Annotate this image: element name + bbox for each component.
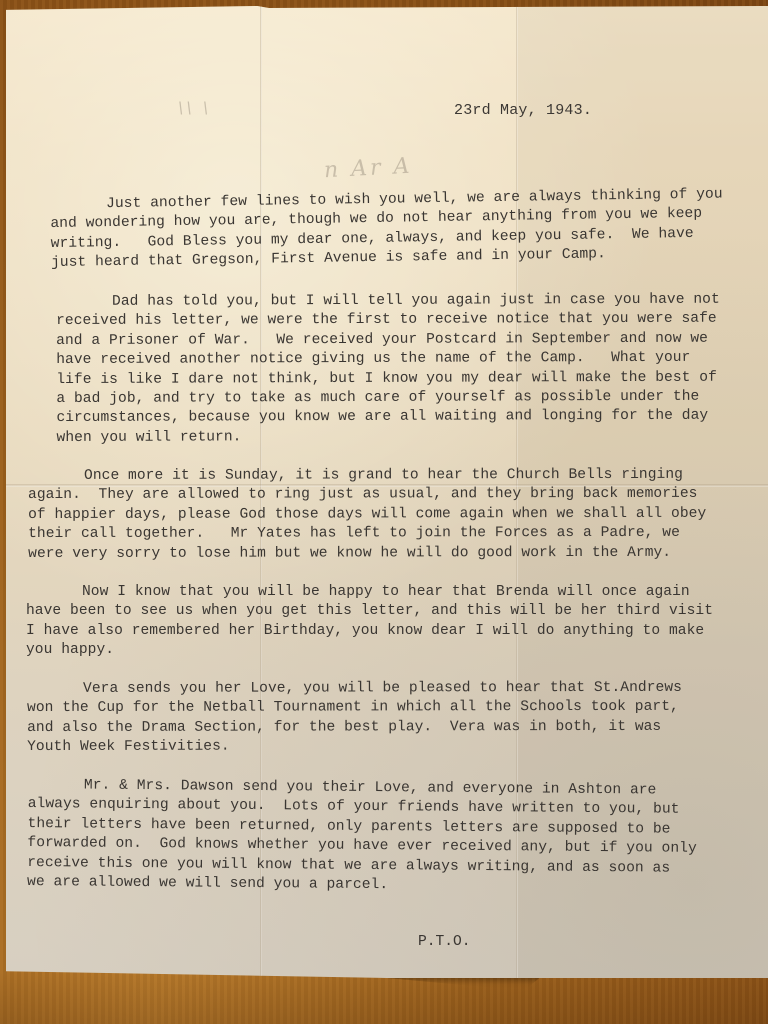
typed-line: received his letter, we were the first t… — [56, 310, 768, 332]
typed-line: Once more it is Sunday, it is grand to h… — [28, 466, 768, 487]
typed-line: life is like I dare not think, but I kno… — [56, 368, 768, 390]
letter-body: Just another few lines to wish you well,… — [20, 196, 768, 912]
redacted-address-block — [454, 28, 694, 86]
address-line — [454, 64, 694, 82]
typed-line: have received another notice giving us t… — [56, 348, 768, 370]
typed-line: of happier days, please God those days w… — [28, 504, 768, 525]
typed-line: and also the Drama Section, for the best… — [27, 717, 768, 738]
letter-paragraph: Now I know that you will be happy to hea… — [26, 583, 768, 661]
typed-line: Youth Week Festivities. — [27, 736, 768, 757]
typed-line: won the Cup for the Netball Tournament i… — [27, 698, 768, 719]
typed-line: a bad job, and try to take as much care … — [56, 387, 768, 409]
typed-line: you happy. — [26, 641, 768, 660]
typed-line: when you will return. — [56, 426, 768, 448]
typed-line: circumstances, because you know we are a… — [56, 407, 768, 429]
typed-line: Now I know that you will be happy to hea… — [26, 583, 768, 602]
letter-paragraph: Dad has told you, but I will tell you ag… — [56, 290, 768, 448]
letter-paragraph: Just another few lines to wish you well,… — [50, 185, 768, 274]
address-line — [454, 28, 694, 46]
letter-paper: \\ \ n Ar A 23rd May, 1943. Just another… — [6, 6, 768, 978]
typed-line: were very sorry to lose him but we know … — [28, 543, 768, 564]
faint-pencil-mark: n Ar A — [323, 154, 413, 184]
letter-date: 23rd May, 1943. — [454, 102, 592, 119]
typed-line: and a Prisoner of War. We received your … — [56, 329, 768, 351]
typed-line: again. They are allowed to ring just as … — [28, 485, 768, 506]
typed-line: their call together. Mr Yates has left t… — [28, 524, 768, 545]
address-line — [454, 46, 694, 64]
typed-line: Vera sends you her Love, you will be ple… — [27, 678, 768, 699]
typed-line: have been to see us when you get this le… — [26, 602, 768, 621]
letter-paragraph: Once more it is Sunday, it is grand to h… — [28, 466, 768, 564]
letter-paragraph: Vera sends you her Love, you will be ple… — [27, 678, 768, 757]
letter-paragraph: Mr. & Mrs. Dawson send you their Love, a… — [27, 776, 768, 899]
faint-pencil-mark: \\ \ — [178, 98, 211, 117]
typed-line: I have also remembered her Birthday, you… — [26, 622, 768, 641]
typed-line: Dad has told you, but I will tell you ag… — [56, 290, 768, 312]
please-turn-over: P.T.O. — [418, 934, 471, 950]
